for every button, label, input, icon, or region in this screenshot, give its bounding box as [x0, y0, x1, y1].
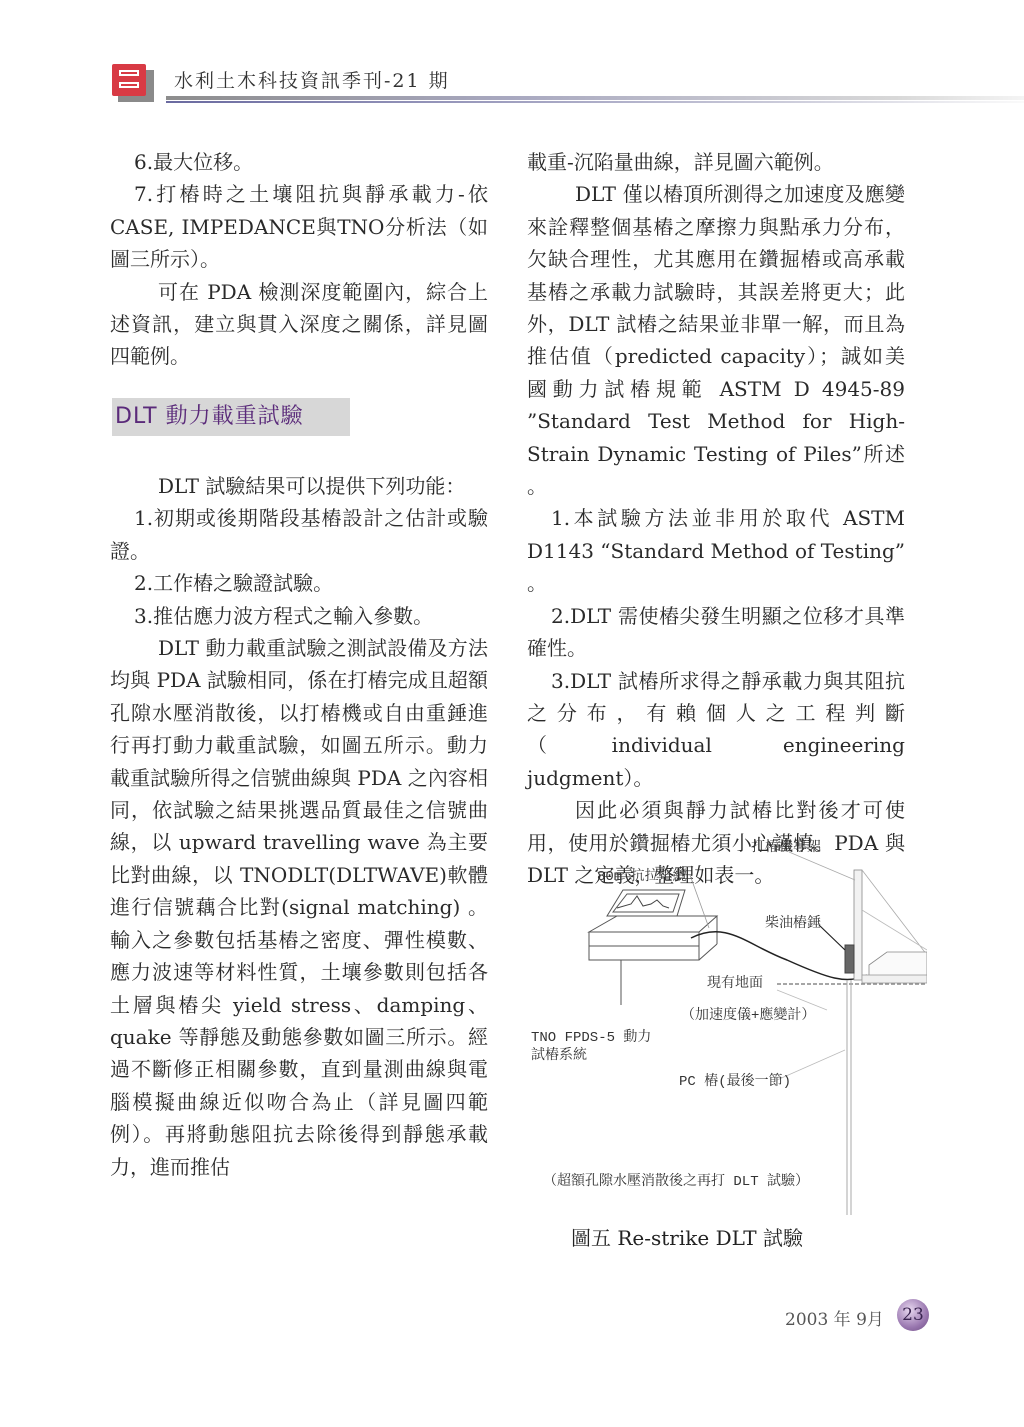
journal-logo-icon: [112, 64, 154, 100]
left-column-bottom: DLT 試驗結果可以提供下列功能： 1.初期或後期階段基樁設計之估計或驗證。 2…: [110, 470, 488, 1183]
label-test-system-line2: 試樁系統: [531, 1044, 587, 1064]
label-sensors: （加速度儀+應變計）: [681, 1004, 815, 1024]
page-number-badge: 23: [897, 1299, 929, 1331]
list-item-7: 7.打樁時之土壤阻抗與靜承載力-依CASE, IMPEDANCE與TNO分析法（…: [110, 178, 488, 275]
figure-caption: 圖五 Re-strike DLT 試驗: [571, 1222, 803, 1251]
list-item-judgment: 3.DLT 試樁所求得之靜承載力與其阻抗之分布，有賴個人之工程判斷（indivi…: [527, 665, 905, 795]
section-title-dlt: DLT 動力載重試驗: [112, 398, 350, 436]
label-restrike-note: （超額孔隙水壓消散後之再打 DLT 試驗）: [543, 1170, 809, 1190]
restrike-diagram: [527, 830, 927, 1220]
list-item-displacement: 2.DLT 需使樁尖發生明顯之位移才具準確性。: [527, 600, 905, 665]
header-divider-accent: [166, 101, 1024, 103]
list-item-3: 3.推估應力波方程式之輸入參數。: [110, 600, 488, 632]
paragraph-continuation: 載重-沉陷量曲線，詳見圖六範例。: [527, 146, 905, 178]
paragraph-dlt-limits: DLT 僅以樁頂所測得之加速度及應變來詮釋整個基樁之摩擦力與點承力分布，欠缺合理…: [527, 178, 905, 502]
label-pile-driver-guide: 打樁機導架: [751, 836, 821, 856]
paragraph-dlt-intro: DLT 試驗結果可以提供下列功能：: [110, 470, 488, 502]
list-item-astm: 1.本試驗方法並非用於取代 ASTM D1143 “Standard Metho…: [527, 502, 905, 599]
left-column-top: 6.最大位移。 7.打樁時之土壤阻抗與靜承載力-依CASE, IMPEDANCE…: [110, 146, 488, 373]
journal-header: 水利土木科技資訊季刊-21 期: [112, 64, 1024, 104]
header-divider: [166, 96, 1024, 100]
paragraph-pda-depth: 可在 PDA 檢測深度範圍內，綜合上述資訊，建立與貫入深度之關係，詳見圖四範例。: [110, 276, 488, 373]
list-item-2: 2.工作樁之驗證試驗。: [110, 567, 488, 599]
list-item-1: 1.初期或後期階段基樁設計之估計或驗證。: [110, 502, 488, 567]
label-existing-ground: 現有地面: [707, 972, 763, 992]
label-diesel-hammer: 柴油樁錘: [765, 912, 821, 932]
issue-date: 2003 年 9月: [785, 1305, 884, 1330]
label-tension-cable: 80m 抗拉電纜: [597, 865, 687, 885]
paragraph-dlt-method: DLT 動力載重試驗之測試設備及方法均與 PDA 試驗相同，係在打樁完成且超額孔…: [110, 632, 488, 1183]
journal-title: 水利土木科技資訊季刊-21 期: [174, 66, 450, 93]
right-column: 載重-沉陷量曲線，詳見圖六範例。 DLT 僅以樁頂所測得之加速度及應變來詮釋整個…: [527, 146, 905, 891]
pile-driver-guide: [854, 870, 862, 980]
label-test-system-line1: TNO FPDS-5 動力: [531, 1026, 651, 1046]
list-item-6: 6.最大位移。: [110, 146, 488, 178]
computer-icon: [589, 890, 717, 1005]
label-pc-pile: PC 樁(最後一節): [679, 1070, 791, 1090]
figure-restrike-dlt: 打樁機導架 80m 抗拉電纜 柴油樁錘 現有地面 （加速度儀+應變計） TNO …: [527, 830, 927, 1250]
diesel-hammer: [845, 945, 854, 973]
